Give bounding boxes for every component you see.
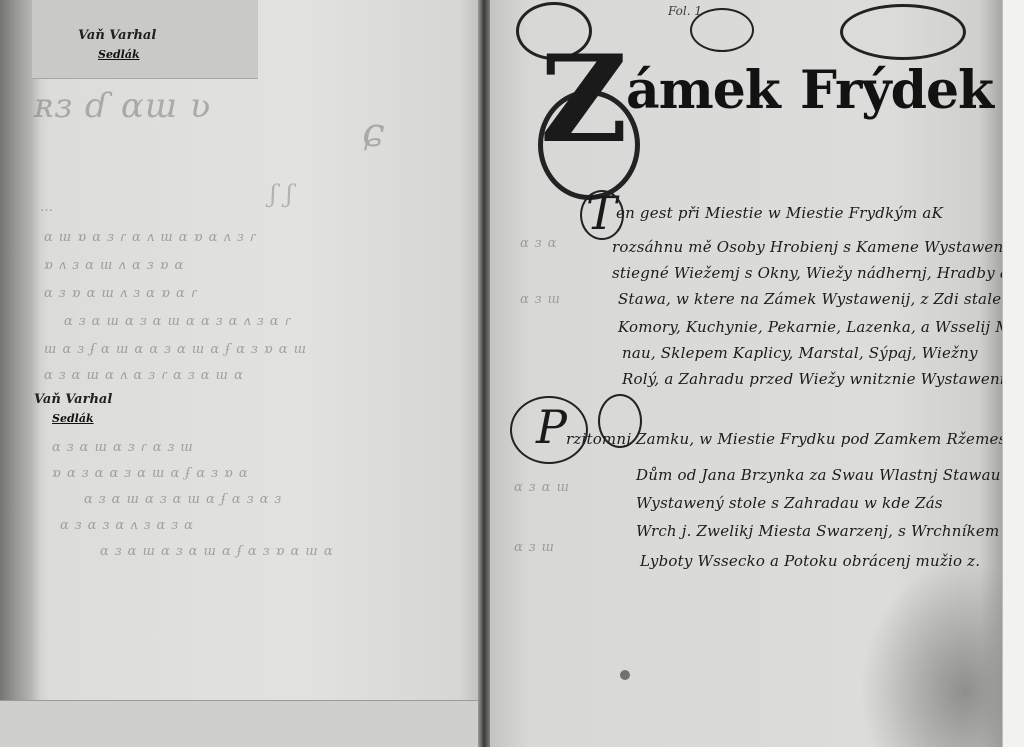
text-line: nau, Sklepem Kaplicy, Marstal, Sýpaj, Wi… <box>622 344 978 362</box>
text-line: stiegné Wiežemj s Okny, Wiežy nádhernj, … <box>612 264 1024 282</box>
bleed-through-heading: ʀɜ ɗ ɑɯ ʋ <box>34 86 212 126</box>
slip-note-occupation: Sedlák <box>98 48 140 61</box>
bleed-through-line: ɒ ɑ ɜ ɑ ɑ ɜ ɑ ɯ ɑ ʄ ɑ ɜ ɒ ɑ <box>52 466 249 481</box>
text-line: Wrch j. Zwelikj Miesta Swarzenj, s Wrchn… <box>636 522 999 540</box>
bleed-through-line: ɒ ʌ ɜ ɑ ɯ ʌ ɑ ɜ ɒ ɑ <box>44 258 184 273</box>
bleed-through-line: ɑ ɜ ɑ ɯ ɑ ɜ ɑ ɯ ɑ ʄ ɑ ɜ ɑ ɜ <box>84 492 282 507</box>
text-line: Wystawený stole s Zahradau w kde Zás <box>636 494 943 512</box>
bleed-through-line: ɑ ɜ ɯ <box>520 292 561 307</box>
margin-note-name: Vaň Varhal <box>34 392 112 407</box>
text-line: Komory, Kuchynie, Pekarnie, Lazenka, a W… <box>618 318 1024 336</box>
photo-white-border <box>1002 0 1024 747</box>
bleed-through-capital: ʃ ʃ <box>270 180 294 208</box>
bleed-through-line: ɑ ɜ ɑ <box>520 236 557 251</box>
left-page-bottom-strip <box>0 700 486 747</box>
bleed-through-line: ɑ ɜ ɯ <box>514 540 555 555</box>
ink-spot <box>620 670 630 680</box>
text-line: en gest při Miestie w Miestie Frydkým aK <box>616 204 943 222</box>
bleed-through-line: ɑ ɯ ɒ ɑ ɜ ɾ ɑ ʌ ɯ ɑ ɒ ɑ ʌ ɜ ɾ <box>44 230 257 245</box>
text-line: rzitomnj Zamku, w Miestie Frydku pod Zam… <box>566 430 1024 448</box>
text-line: Rolý, a Zahradu przed Wiežy wnitznie Wys… <box>622 370 1015 388</box>
heading-word-frydek: Frýdek <box>800 60 993 121</box>
margin-note-occupation: Sedlák <box>52 412 94 425</box>
bleed-through-line: ɑ ɜ ɑ ɯ ɑ ɜ ɾ ɑ ɜ ɯ <box>52 440 194 455</box>
paper-stain <box>860 560 1010 747</box>
heading-initial: Z <box>540 40 628 160</box>
slip-note-name: Vaň Varhal <box>78 28 156 43</box>
bleed-through-line: ɑ ɜ ɑ ɜ ɑ ʌ ɜ ɑ ɜ ɑ <box>60 518 194 533</box>
text-line: Lyboty Wssecko a Potoku obrácenj mužio z… <box>640 552 980 570</box>
bleed-through-line: ɑ ɜ ɑ ɯ ɑ ʌ ɑ ɜ ɾ ɑ ɜ ɑ ɯ ɑ <box>44 368 244 383</box>
text-line: Dům od Jana Brzynka za Swau Wlastnj Staw… <box>636 466 1024 484</box>
text-line: rozsáhnu mě Osoby Hrobienj s Kamene Wyst… <box>612 238 1024 256</box>
bleed-through-line: ɑ ɜ ɑ ɯ ɑ ɜ ɑ ɯ ɑ ʄ ɑ ɜ ɒ ɑ ɯ ɑ <box>100 544 334 559</box>
heading-flourish <box>840 4 966 60</box>
book-gutter <box>478 0 490 747</box>
paragraph2-drop-cap: P <box>536 400 567 454</box>
heading-flourish <box>690 8 754 52</box>
bleed-through-line: ɯ ɑ ɜ ʄ ɑ ɯ ɑ ɑ ɜ ɑ ɯ ɑ ʄ ɑ ɜ ɒ ɑ ɯ <box>44 342 307 357</box>
bleed-through-line: … <box>40 200 54 215</box>
bleed-through-line: ɑ ɜ ɑ ɯ <box>514 480 570 495</box>
bleed-through-flourish: ɕ <box>362 110 385 156</box>
text-line: Stawa, w ktere na Zámek Wystawenij, z Zd… <box>618 290 1017 308</box>
manuscript-photograph: Vaň Varhal Sedlák ʀɜ ɗ ɑɯ ʋ … ɑ ɯ ɒ ɑ ɜ … <box>0 0 1024 747</box>
bleed-through-line: ɑ ɜ ɒ ɑ ɯ ʌ ɜ ɑ ɒ ɑ ɾ <box>44 286 198 301</box>
bleed-through-line: ɑ ɜ ɑ ɯ ɑ ɜ ɑ ɯ ɑ ɑ ɜ ɑ ʌ ɜ ɑ ɾ <box>64 314 292 329</box>
heading-word-zamek: ámek <box>626 60 780 121</box>
